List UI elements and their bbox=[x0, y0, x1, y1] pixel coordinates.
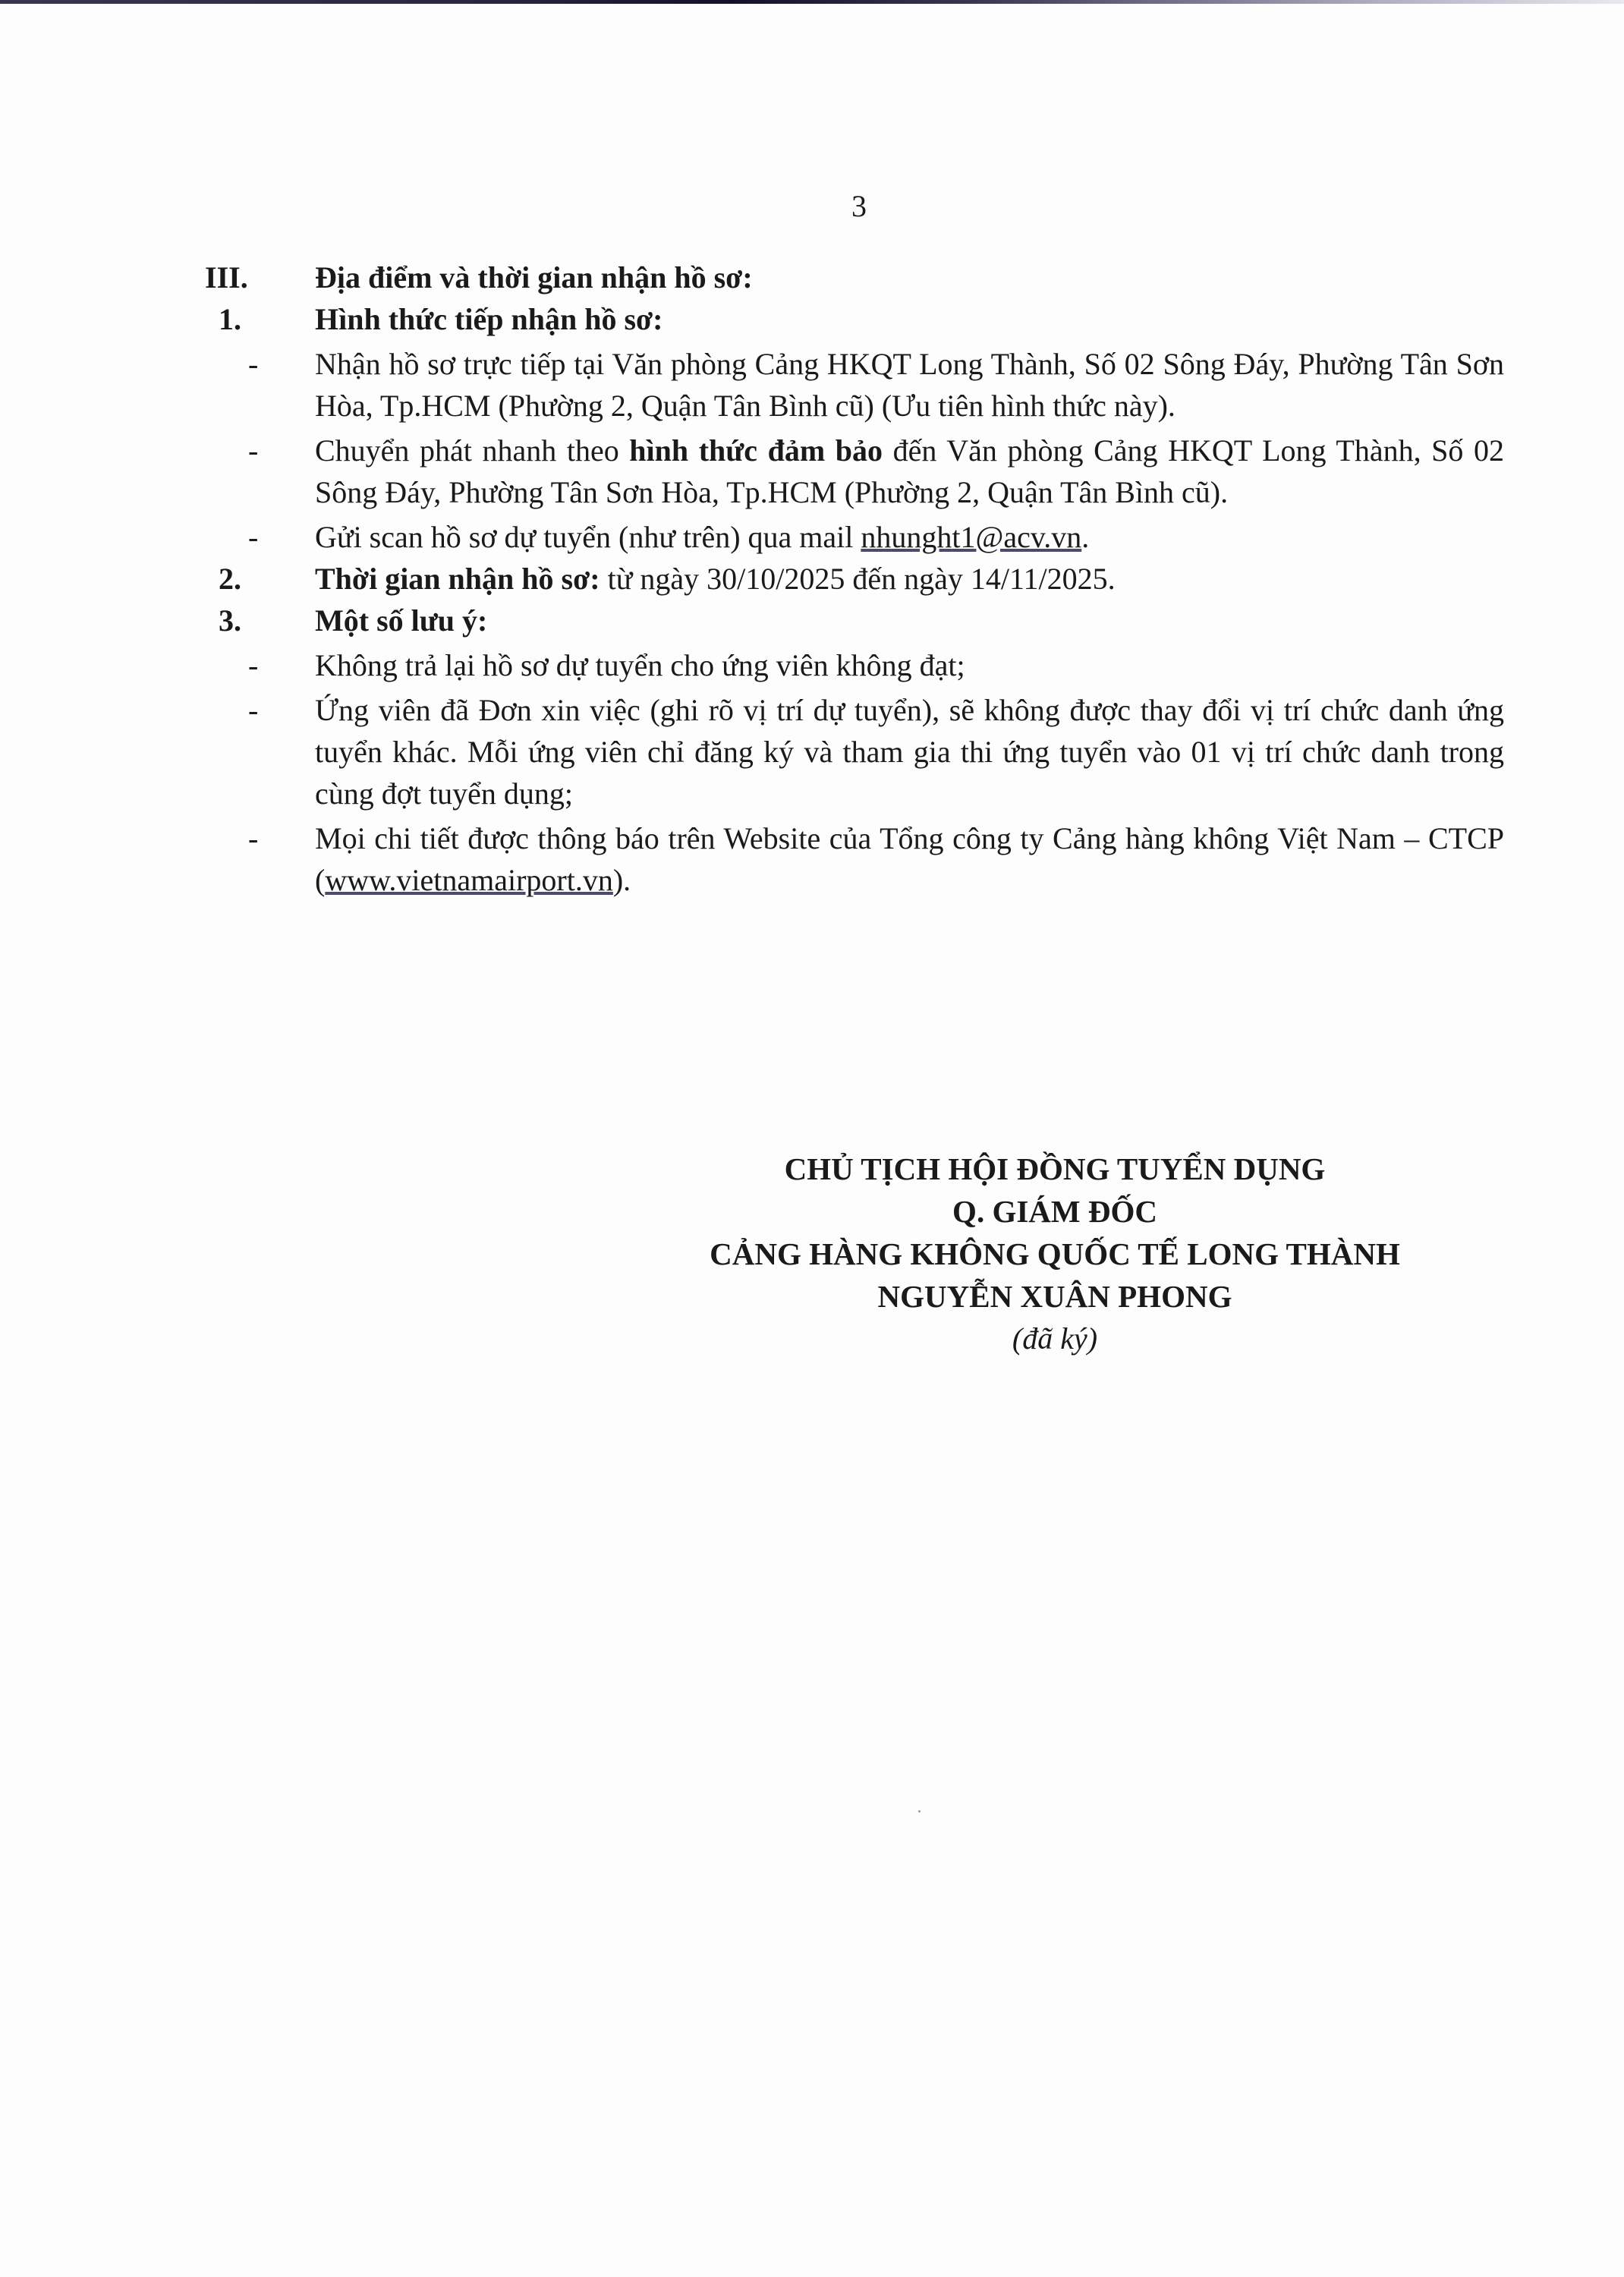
signature-title: CHỦ TỊCH HỘI ĐỒNG TUYỂN DỤNG bbox=[622, 1148, 1487, 1190]
item-2-heading: 2. Thời gian nhận hồ sơ: từ ngày 30/10/2… bbox=[205, 558, 1504, 600]
bullet-dash: - bbox=[248, 430, 258, 471]
item-title: Hình thức tiếp nhận hồ sơ: bbox=[315, 302, 663, 336]
item-3-heading: 3. Một số lưu ý: bbox=[205, 600, 1504, 641]
document-body: III. Địa điểm và thời gian nhận hồ sơ: 1… bbox=[205, 257, 1504, 901]
signature-position: Q. GIÁM ĐỐC bbox=[622, 1190, 1487, 1233]
list-item: - Chuyển phát nhanh theo hình thức đảm b… bbox=[315, 430, 1504, 513]
bullet-text-bold: hình thức đảm bảo bbox=[629, 433, 883, 468]
item-number: 3. bbox=[219, 600, 241, 641]
email-link[interactable]: nhunght1@acv.vn bbox=[861, 520, 1081, 554]
signatory-name: NGUYỄN XUÂN PHONG bbox=[622, 1275, 1487, 1318]
section-heading: III. Địa điểm và thời gian nhận hồ sơ: bbox=[205, 257, 1504, 298]
bullet-text-pre: Chuyển phát nhanh theo bbox=[315, 433, 629, 468]
item-title: Thời gian nhận hồ sơ: bbox=[315, 562, 600, 596]
signed-note: (đã ký) bbox=[622, 1318, 1487, 1360]
item-text: từ ngày 30/10/2025 đến ngày 14/11/2025. bbox=[600, 562, 1116, 596]
signature-block: CHỦ TỊCH HỘI ĐỒNG TUYỂN DỤNG Q. GIÁM ĐỐC… bbox=[622, 1148, 1487, 1360]
signature-organization: CẢNG HÀNG KHÔNG QUỐC TẾ LONG THÀNH bbox=[622, 1233, 1487, 1275]
item-number: 1. bbox=[219, 298, 241, 340]
bullet-dash: - bbox=[248, 343, 258, 385]
bullet-text-post: ). bbox=[613, 863, 631, 897]
list-item: - Gửi scan hồ sơ dự tuyển (như trên) qua… bbox=[315, 516, 1504, 558]
bullet-text-post: . bbox=[1081, 520, 1089, 554]
bullet-dash: - bbox=[248, 644, 258, 686]
list-item: - Mọi chi tiết được thông báo trên Websi… bbox=[315, 817, 1504, 901]
item-1-heading: 1. Hình thức tiếp nhận hồ sơ: bbox=[205, 298, 1504, 340]
section-numeral: III. bbox=[205, 257, 248, 298]
bullet-dash: - bbox=[248, 516, 258, 558]
list-item: - Không trả lại hồ sơ dự tuyển cho ứng v… bbox=[315, 644, 1504, 686]
scan-speck bbox=[918, 1810, 921, 1812]
scan-top-edge bbox=[0, 0, 1624, 4]
website-link[interactable]: www.vietnamairport.vn bbox=[325, 863, 613, 897]
item-title: Một số lưu ý: bbox=[315, 603, 487, 638]
bullet-dash: - bbox=[248, 817, 258, 859]
item-number: 2. bbox=[219, 558, 241, 600]
section-title: Địa điểm và thời gian nhận hồ sơ: bbox=[315, 260, 753, 294]
bullet-text: Ứng viên đã Đơn xin việc (ghi rõ vị trí … bbox=[315, 693, 1504, 811]
page-number: 3 bbox=[851, 188, 867, 224]
bullet-text: Nhận hồ sơ trực tiếp tại Văn phòng Cảng … bbox=[315, 347, 1504, 423]
bullet-text-pre: Gửi scan hồ sơ dự tuyển (như trên) qua m… bbox=[315, 520, 861, 554]
bullet-dash: - bbox=[248, 689, 258, 731]
list-item: - Nhận hồ sơ trực tiếp tại Văn phòng Cản… bbox=[315, 343, 1504, 427]
list-item: - Ứng viên đã Đơn xin việc (ghi rõ vị tr… bbox=[315, 689, 1504, 814]
bullet-text: Không trả lại hồ sơ dự tuyển cho ứng viê… bbox=[315, 648, 965, 682]
